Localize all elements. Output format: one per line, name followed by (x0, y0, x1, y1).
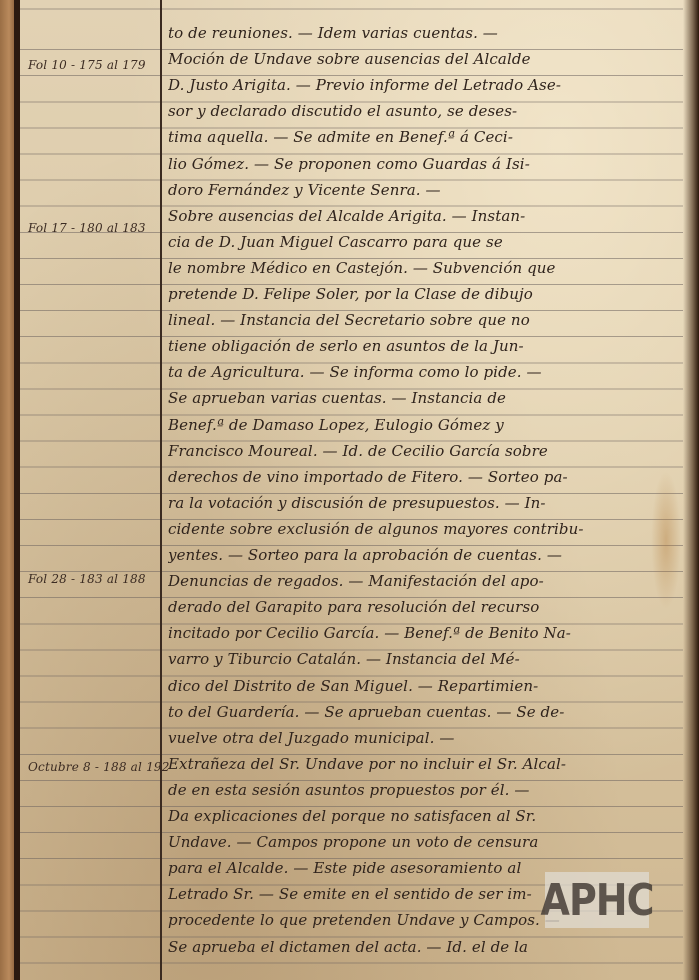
text-line: Undave. — Campos propone un voto de cens… (168, 829, 679, 855)
margin-folio-ref: Octubre 8 - 188 al 192 (28, 760, 170, 774)
text-line: de en esta sesión asuntos propuestos por… (168, 777, 679, 803)
text-line: varro y Tiburcio Catalán. — Instancia de… (168, 646, 679, 672)
text-line: Extrañeza del Sr. Undave por no incluir … (168, 751, 679, 777)
text-line: dico del Distrito de San Miguel. — Repar… (168, 673, 679, 699)
text-line: Se aprueba el dictamen del acta. — Id. e… (168, 934, 679, 960)
text-line: doro Fernández y Vicente Senra. — (168, 177, 679, 203)
margin-folio-ref: Fol 17 - 180 al 183 (28, 221, 146, 235)
margin-column: Fol 10 - 175 al 179 Fol 17 - 180 al 183 … (22, 0, 158, 980)
text-line: to del Guardería. — Se aprueban cuentas.… (168, 699, 679, 725)
margin-folio-ref: Fol 10 - 175 al 179 (28, 58, 146, 72)
text-line: Francisco Moureal. — Id. de Cecilio Garc… (168, 438, 679, 464)
text-line: derado del Garapito para resolución del … (168, 594, 679, 620)
text-line: cidente sobre exclusión de algunos mayor… (168, 516, 679, 542)
text-line: sor y declarado discutido el asunto, se … (168, 98, 679, 124)
archive-watermark: APHC (545, 872, 649, 928)
text-line: yentes. — Sorteo para la aprobación de c… (168, 542, 679, 568)
text-line: ra la votación y discusión de presupuest… (168, 490, 679, 516)
text-line: Se aprueban varias cuentas. — Instancia … (168, 385, 679, 411)
text-line: lineal. — Instancia del Secretario sobre… (168, 307, 679, 333)
text-line: Moción de Undave sobre ausencias del Alc… (168, 46, 679, 72)
margin-rule (160, 0, 162, 980)
text-line: derechos de vino importado de Fitero. — … (168, 464, 679, 490)
text-line: cia de D. Juan Miguel Cascarro para que … (168, 229, 679, 255)
text-line: D. Justo Arigita. — Previo informe del L… (168, 72, 679, 98)
watermark-text: APHC (541, 875, 654, 926)
text-line: Da explicaciones del porque no satisface… (168, 803, 679, 829)
text-line: ta de Agricultura. — Se informa como lo … (168, 359, 679, 385)
text-line: pretende D. Felipe Soler, por la Clase d… (168, 281, 679, 307)
text-line: tiene obligación de serlo en asuntos de … (168, 333, 679, 359)
margin-folio-ref: Fol 28 - 183 al 188 (28, 572, 146, 586)
text-line: Benef.ª de Damaso Lopez, Eulogio Gómez y (168, 412, 679, 438)
text-line: Sobre ausencias del Alcalde Arigita. — I… (168, 203, 679, 229)
text-line: incitado por Cecilio García. — Benef.ª d… (168, 620, 679, 646)
ledger-page: Fol 10 - 175 al 179 Fol 17 - 180 al 183 … (0, 0, 699, 980)
text-line: tima aquella. — Se admite en Benef.ª á C… (168, 124, 679, 150)
minutes-body: to de reuniones. — Idem varias cuentas. … (168, 0, 679, 980)
page-edge-shadow (683, 0, 699, 980)
text-line: vuelve otra del Juzgado municipal. — (168, 725, 679, 751)
text-line: le nombre Médico en Castejón. — Subvenci… (168, 255, 679, 281)
text-line: Denuncias de regados. — Manifestación de… (168, 568, 679, 594)
text-line: to de reuniones. — Idem varias cuentas. … (168, 20, 679, 46)
text-line: lio Gómez. — Se proponen como Guardas á … (168, 151, 679, 177)
